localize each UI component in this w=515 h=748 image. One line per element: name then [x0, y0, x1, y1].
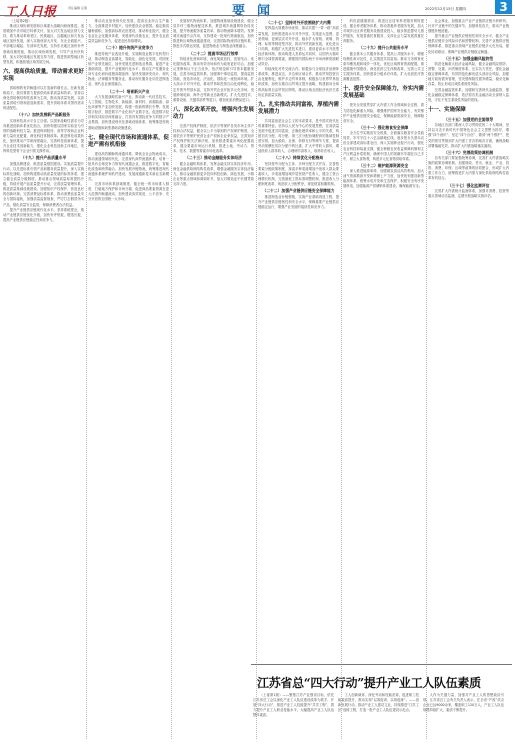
bottom-article-rule: [251, 664, 512, 665]
article-columns: （上接第2版）推动区域协调发展和区域重大战略向纵深推进。适度增加中央对地方转移支…: [3, 19, 512, 619]
paragraph: 把安全发展贯穿扩大内需工作全领域和全过程，着力防范化解重大风险，增强维护国家安全…: [343, 103, 424, 123]
bottom-column-2: 工人创新载体，深化劳动和技能竞赛，促进职工技能素质提升，推动实现“以赛促训、以赛…: [338, 693, 419, 745]
subsection-heading: （三十六）完善政策协调机制: [428, 150, 509, 155]
section-heading: 七、健全现代市场和流通体系，促进产需有机衔接: [88, 135, 169, 149]
paragraph: 的优质健康需求，推进社区居家养老服务网络建设，健全养老服务体系，推动普惠养老服务…: [343, 19, 424, 44]
section-title: 要闻: [232, 0, 282, 19]
paragraph: 健全基本公共服务体系，提高公共服务水平，增强均衡性和可及性，扎实推进共同富裕。推…: [343, 52, 424, 83]
section-heading: 十一、实施保障: [428, 107, 509, 114]
paragraph: 发挥超大规模市场优势，推动共建“一带一路”高质量发展，加快推进高水平对外开放，实…: [258, 26, 339, 67]
paragraph: 防范化解重大经济金融风险，健全金融风险预防、预警、处置、问责制度体系，压实各方责…: [428, 62, 509, 87]
paragraph: 推动农业加快现代化发展，提高农业综合生产能力，全面推进乡村振兴，加快建设农业强国…: [88, 19, 169, 44]
paragraph: 推动区域协调发展和区域重大战略向纵深推进。适度增加中央对地方转移支付，加大对欠发…: [3, 24, 84, 65]
column-5: 的优质健康需求，推进社区居家养老服务网络建设，健全养老服务体系，推动普惠养老服务…: [343, 19, 424, 619]
paragraph: 供给侧的有效畅通可以打造新的增长点。在新发展格局下，我们要着力提高供给体系质量和…: [3, 86, 84, 111]
paragraph: 各地区各部门要深入学习贯彻党的二十大精神，坚持以习近平新时代中国特色社会主义思想…: [428, 123, 509, 148]
subsection-heading: （二十二）加强产业链供应链安全保障能力: [258, 188, 339, 193]
paragraph: 推进传统产业改造升级，实施制造业数字化转型行动，推动制造业高端化、智能化、绿色化…: [88, 52, 169, 88]
paragraph: 提升重点产业链供应链韧性和安全水平，健全产业链供应链安全风险评估和预警机制，完善…: [428, 34, 509, 54]
paragraph: 发展现代物流体系，加强物流基础设施建设，健全县乡村三级物流配送体系，推进城乡流通…: [173, 19, 254, 50]
section-heading: 六、提高供给质量，带动需求更好实现: [3, 69, 84, 83]
subsection-heading: （二十九）提升公共服务水平: [343, 45, 424, 50]
paragraph: 共同富裕是社会主义的本质要求，是中国式现代化的重要特征。坚持以人民为中心的发展思…: [258, 119, 339, 155]
paragraph: 人作为关键力量，加强对产业工人的思想政治引领。江苏省总工会有关负责人表示，在全省…: [423, 693, 504, 713]
paragraph: 持续深化对外交流合作。积极参与全球经济治理体系改革，推进双边、多边和区域合作，推…: [258, 67, 339, 98]
paragraph: 健全金融机构体系，发挥金融支持实体经济作用，深化金融供给侧结构性改革，增强金融服…: [173, 162, 254, 187]
column-3: 发展现代物流体系，加强物流基础设施建设，健全县乡村三级物流配送体系，推进城乡流通…: [173, 19, 254, 619]
column-4: （二十七）坚持对外开放围绕扩大内需发挥超大规模市场优势，推动共建“一带一路”高质…: [258, 19, 339, 619]
subsection-heading: （二十八）持续优化分配格局: [258, 155, 339, 160]
column-divider: [86, 19, 87, 739]
paragraph: 完善扩大内需统计监测体系，加强对消费、投资等重点领域动态监测，定期开展战略实施评…: [428, 189, 509, 199]
subsection-heading: （二十三）推动金融服务实体经济: [173, 155, 254, 160]
subsection-heading: （十九）提升产品质量水平: [3, 155, 84, 160]
subsection-heading: （三十二）维护能源资源安全: [343, 163, 424, 168]
masthead: 工人日报 责任编辑 汪翔 要闻 2022年12月15日 星期四 3: [0, 0, 515, 15]
subsection-heading: （十八）加快发展新产品新服务: [3, 112, 84, 117]
section-heading: 九、扎实推动共同富裕，厚植内需发展潜力: [258, 102, 339, 116]
edition-note: 责任编辑 汪翔: [68, 6, 87, 10]
paragraph: 完善产权保护制度，依法平等保护各类市场主体产权和合法权益，健全以公平为原则的产权…: [173, 124, 254, 155]
paragraph: 全方位夯实粮食安全根基，全面落实粮食安全党政同责，牢牢守住十八亿亩耕地红线，逐步…: [343, 131, 424, 162]
paragraph: （上接第1版）——聚焦江苏产业强省目标，依托江苏省总工会以深化产业工人队伍建设改…: [253, 693, 334, 718]
paragraph: 各有关部门要加强统筹协调，完善扩大内需战略实施的政策协调机制，加强财政、货币、就…: [428, 156, 509, 181]
bottom-article-body: （上接第1版）——聚焦江苏产业强省目标，依托江苏省总工会以深化产业工人队伍建设改…: [253, 693, 511, 745]
subsection-heading: （三十一）强化粮食安全保障: [343, 125, 424, 130]
subsection-heading: （二十七）坚持对外开放围绕扩大内需: [258, 20, 339, 25]
bottom-column-1: （上接第1版）——聚焦江苏产业强省目标，依托江苏省总工会以深化产业工人队伍建设改…: [253, 693, 334, 745]
paragraph: 加强品牌建设，推进质量强国建设。实施质量提升行动，以先进标准引领产品和服务质量提…: [3, 162, 84, 208]
column-1: （上接第2版）推动区域协调发展和区域重大战略向纵深推进。适度增加中央对地方转移支…: [3, 19, 84, 619]
paragraph: 持续优化营商环境，深化简政放权、放管结合、优化服务改革，推动有效市场和有为政府更…: [173, 57, 254, 103]
masthead-rule: [0, 15, 515, 16]
subsection-heading: （二十）提升传统产业竞争力: [88, 45, 169, 50]
paragraph: 坚持按劳分配为主体、多种分配方式并存，完善按要素分配政策制度，探索多种渠道增加中…: [258, 162, 339, 187]
paragraph: 完善市场体系基础制度，健全统一的市场准入制度，打破地方保护和市场分割，促进商品要…: [88, 182, 169, 202]
subsection-heading: （二十二）提高市场运行效率: [173, 51, 254, 56]
bottom-article-headline: 江苏省总“四大行动”提升产业工人队伍素质: [257, 674, 481, 691]
column-divider: [256, 19, 257, 739]
column-2: 推动农业加快现代化发展，提高农业综合生产能力，全面推进乡村振兴，加快建设农业强国…: [88, 19, 169, 619]
paragraph: 大力发展战略性新兴产业，推动新一代信息技术、人工智能、生物技术、新能源、新材料、…: [88, 95, 169, 131]
paragraph: 建设高效顺畅的流通体系，降低全社会物流成本，推动流通领域现代化，完善现代商贸流通…: [88, 152, 169, 183]
column-6: 社会事业，加强重点产业产业链供应链分析研判，针对产业链中的关键环节，加强科技攻关…: [428, 19, 509, 619]
column-divider: [341, 19, 342, 739]
paragraph: 提升产业链供应链现代化水平。坚持系统观念，推动产业链供应链优化升级，加快补齐短板…: [3, 208, 84, 223]
paragraph: 深入推进能源革命，加强煤炭清洁高效利用，加大油气资源勘探开发和增储上产力度，加快…: [343, 169, 424, 189]
bottom-column-3: 人作为关键力量，加强对产业工人的思想政治引领。江苏省总工会有关负责人表示，在全省…: [423, 693, 504, 745]
subsection-heading: （三十七）强化监测评估: [428, 183, 509, 188]
page-number-badge: 3: [495, 0, 512, 14]
dateline: 2022年12月15日 星期四: [425, 7, 466, 12]
subsection-heading: （二十一）培育新兴产业: [88, 89, 169, 94]
section-heading: 八、深化改革开放，增强内生发展动力: [173, 107, 254, 121]
paragraph: 社会事业，加强重点产业产业链供应链分析研判，针对产业链中的关键环节，加强科技攻关…: [428, 19, 509, 34]
section-heading: 十、提升安全保障能力，夯实内需发展基础: [343, 86, 424, 100]
column-divider: [426, 19, 427, 739]
column-divider: [171, 19, 172, 739]
subsection-heading: （三十五）加强金融风险防范: [428, 56, 509, 61]
paragraph: 推进制造业补链强链，实施产业基础再造工程，提升产业链供应链韧性和安全水平，保障重…: [258, 195, 339, 210]
subsection-heading: （三十五）加强党的全面领导: [428, 117, 509, 122]
paragraph: 工人创新载体，深化劳动和技能竞赛，促进职工技能素质提升，推动实现“以赛促训、以赛…: [338, 693, 419, 713]
paragraph: 实现科技高水平自立自强。以国家战略性需求为导向推进创新体系优化组合，加快构建以国…: [3, 119, 84, 155]
newspaper-logo: 工人日报: [4, 1, 56, 20]
paragraph: 完善金融监管体系，加强和完善现代金融监管，强化金融稳定保障体系，依法将各类金融活…: [428, 88, 509, 103]
